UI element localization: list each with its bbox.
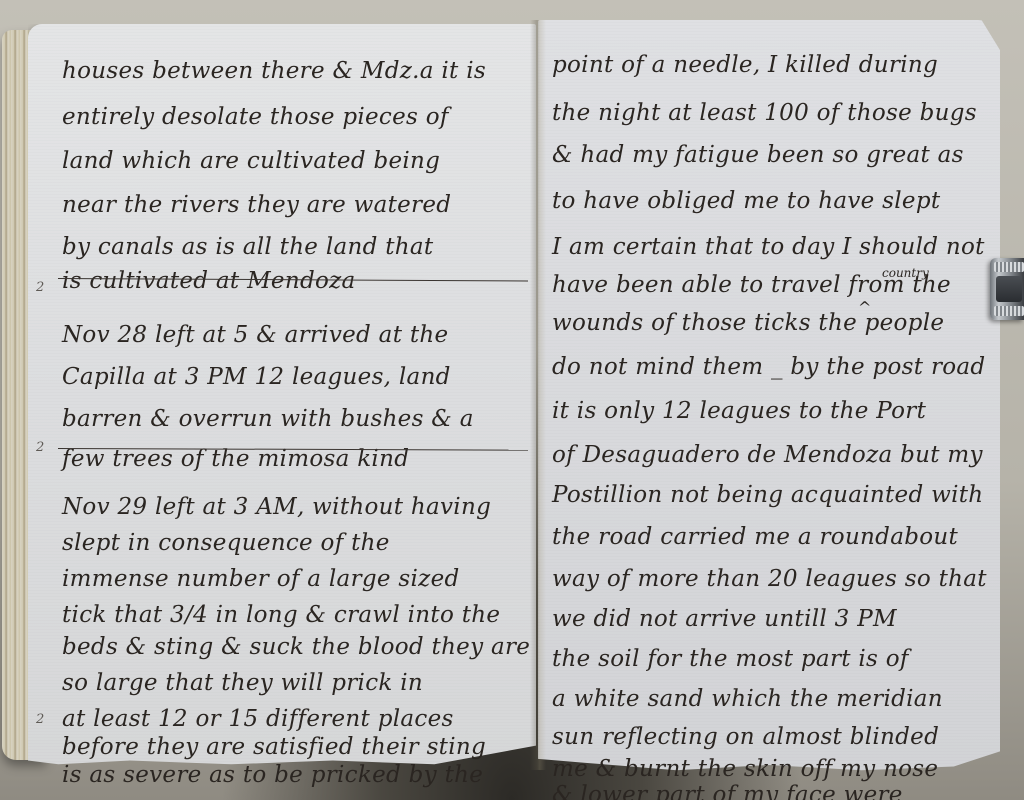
- text-line: slept in consequence of the: [62, 530, 390, 556]
- clip-center: [996, 276, 1022, 302]
- text-line: way of more than 20 leagues so that: [552, 566, 987, 592]
- margin-mark: 2: [36, 712, 44, 727]
- entry-nov-29: Nov 29 left at 3 AM, without having: [62, 494, 491, 520]
- text-line: to have obliged me to have slept: [552, 188, 940, 214]
- text-line: by canals as is all the land that: [62, 234, 433, 260]
- text-line: me & burnt the skin off my nose: [552, 756, 938, 782]
- text-line: the night at least 100 of those bugs: [552, 100, 977, 126]
- text-line: houses between there & Mdz.a it is: [62, 58, 486, 84]
- text-line: tick that 3/4 in long & crawl into the: [62, 602, 500, 628]
- text-line: the road carried me a roundabout: [552, 524, 958, 550]
- text-line: & lower part of my face were: [552, 782, 903, 800]
- entry-nov-28: Nov 28 left at 5 & arrived at the: [62, 322, 448, 348]
- text-line: Postillion not being acquainted with: [552, 482, 983, 508]
- open-journal: 2 2 2 houses between there & Mdz.a it is…: [0, 0, 1024, 800]
- text-line: immense number of a large sized: [62, 566, 460, 592]
- margin-mark: 2: [36, 280, 44, 295]
- margin-mark: 2: [36, 440, 44, 455]
- text-line: do not mind them _ by the post road: [552, 354, 985, 380]
- text-line: I am certain that to day I should not: [552, 234, 985, 260]
- text-line: so large that they will prick in: [62, 670, 423, 696]
- text-line: of Desaguadero de Mendoza but my: [552, 442, 983, 468]
- metal-binder-clip: [990, 258, 1024, 320]
- left-margin-marks: 2 2 2: [34, 24, 54, 764]
- text-line: & had my fatigue been so great as: [552, 142, 964, 168]
- book-gutter: [530, 20, 546, 770]
- text-line: point of a needle, I killed during: [552, 52, 938, 78]
- insertion-caret: ^: [858, 298, 871, 317]
- text-line: beds & sting & suck the blood they are: [62, 634, 530, 660]
- text-line: is as severe as to be pricked by the: [62, 762, 483, 788]
- text-line: barren & overrun with bushes & a: [62, 406, 474, 432]
- text-line: at least 12 or 15 different places: [62, 706, 454, 732]
- text-line: sun reflecting on almost blinded: [552, 724, 939, 750]
- text-line: near the rivers they are watered: [62, 192, 451, 218]
- text-line: wounds of those ticks the people: [552, 310, 944, 336]
- text-line: land which are cultivated being: [62, 148, 440, 174]
- text-line: we did not arrive untill 3 PM: [552, 606, 897, 632]
- text-line: entirely desolate those pieces of: [62, 104, 449, 130]
- text-line: it is only 12 leagues to the Port: [552, 398, 926, 424]
- insertion-note: country: [882, 266, 929, 280]
- text-line: a white sand which the meridian: [552, 686, 943, 712]
- text-line: the soil for the most part is of: [552, 646, 909, 672]
- text-line: before they are satisfied their sting: [62, 734, 486, 760]
- text-line: is cultivated at Mendoza: [62, 268, 356, 294]
- text-line: Capilla at 3 PM 12 leagues, land: [62, 364, 451, 390]
